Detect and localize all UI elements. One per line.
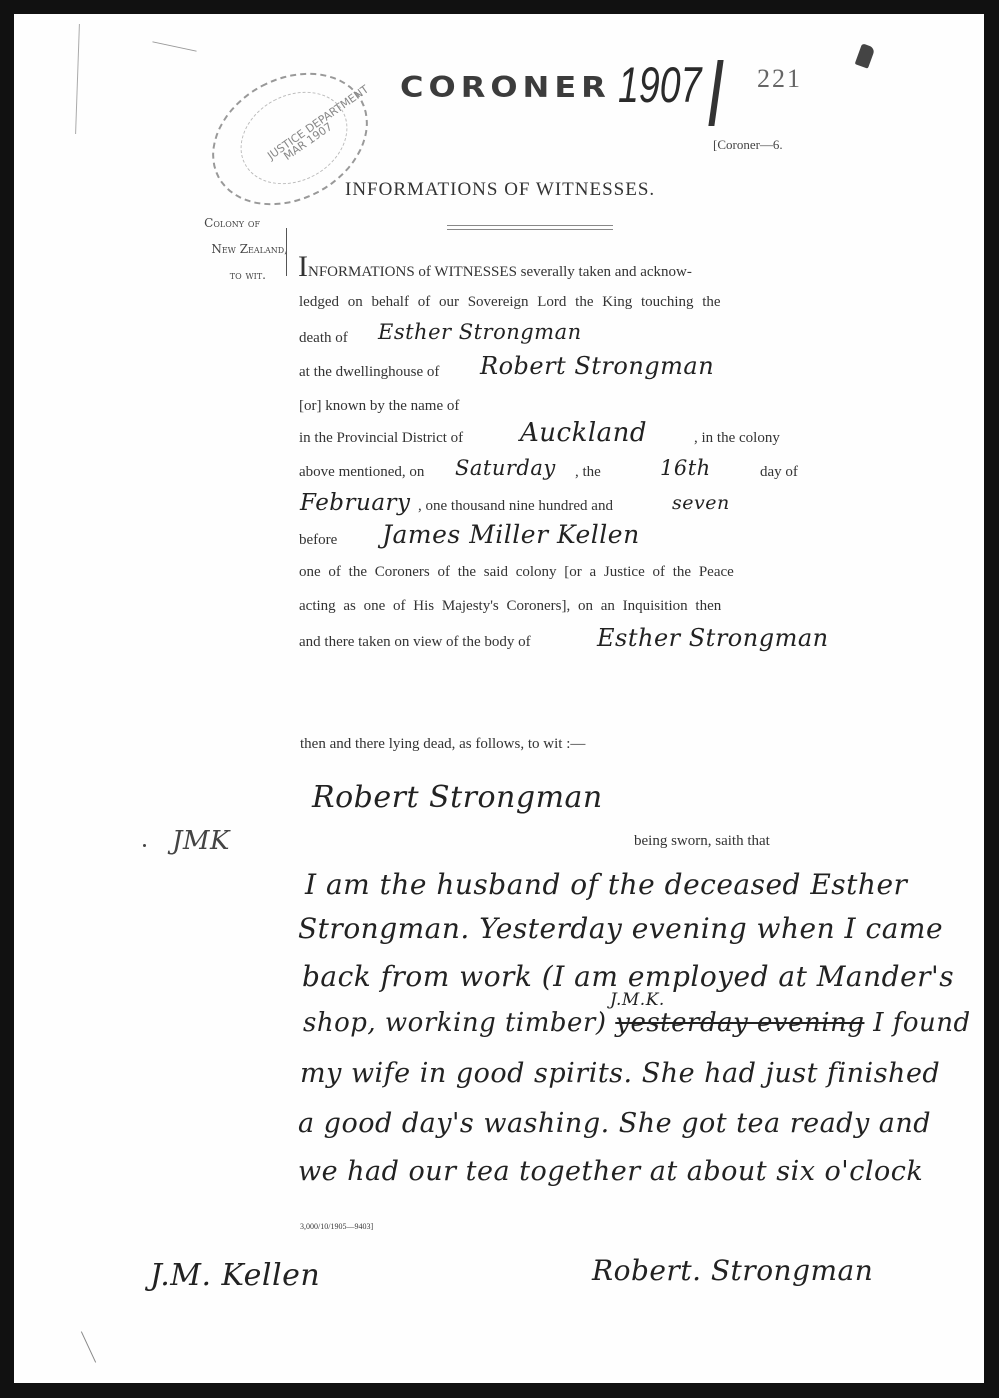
- known-by-label: [or] known by the name of: [299, 398, 459, 415]
- year-stamp: 1907: [618, 56, 701, 114]
- coroners-line: one of the Coroners of the said colony […: [299, 564, 734, 581]
- testimony-line-2: Strongman. Yesterday evening when I came: [298, 912, 943, 945]
- reference-number: 221: [757, 64, 802, 94]
- interlinear-correction: J.M.K.: [610, 990, 665, 1010]
- the-label: , the: [575, 464, 601, 481]
- jurisdiction-colony: Colony of: [196, 216, 260, 230]
- testimony-line-1: I am the husband of the deceased Esther: [305, 868, 907, 901]
- jurisdiction-brace: [278, 228, 287, 276]
- page-title: INFORMATIONS OF WITNESSES.: [345, 179, 655, 201]
- body-label: and there taken on view of the body of: [299, 634, 531, 651]
- testimony-line-4-text: shop, working timber): [303, 1008, 615, 1038]
- testimony-line-5: my wife in good spirits. She had just fi…: [300, 1058, 940, 1089]
- title-rule: [447, 225, 613, 230]
- deceased-name: Esther Strongman: [378, 320, 582, 344]
- body-name: Esther Strongman: [597, 624, 829, 652]
- mentioned-label: above mentioned, on: [299, 464, 424, 481]
- testimony-line-7: we had our tea together at about six o'c…: [298, 1156, 923, 1187]
- form-code: [Coroner—6.: [713, 137, 783, 153]
- preamble-line-1: INFORMATIONS of WITNESSES severally take…: [298, 252, 692, 282]
- jurisdiction-country: New Zealand,: [188, 242, 288, 256]
- drop-cap: I: [298, 250, 308, 283]
- jurisdiction-to-wit: to wit.: [206, 268, 266, 282]
- district-suffix: , in the colony: [694, 430, 780, 447]
- margin-initials: JMK: [172, 826, 230, 856]
- margin-dot: [143, 844, 146, 847]
- coroner-signature: J.M. Kellen: [150, 1258, 320, 1293]
- witness-name: Robert Strongman: [312, 780, 603, 815]
- day-of-label: day of: [760, 464, 798, 481]
- preamble-line-2: ledged on behalf of our Sovereign Lord t…: [299, 294, 721, 311]
- year-text-label: , one thousand nine hundred and: [418, 498, 613, 515]
- testimony-line-4-end: I found: [864, 1008, 970, 1038]
- coroner-name: James Miller Kellen: [382, 520, 640, 549]
- print-code: 3,000/10/1905—9403]: [300, 1222, 373, 1231]
- month-value: February: [300, 490, 411, 516]
- day-value: 16th: [660, 456, 711, 480]
- death-of-label: death of: [299, 330, 348, 347]
- sworn-label: being sworn, saith that: [634, 833, 770, 850]
- preamble-text-1: NFORMATIONS of WITNESSES severally taken…: [308, 264, 692, 280]
- year-text-value: seven: [672, 492, 730, 514]
- before-label: before: [299, 532, 337, 549]
- district-label: in the Provincial District of: [299, 430, 463, 447]
- majesty-line: acting as one of His Majesty's Coroners]…: [299, 598, 721, 615]
- witness-signature: Robert. Strongman: [592, 1254, 873, 1287]
- coroner-stamp: CORONER: [400, 70, 611, 104]
- dwelling-owner: Robert Strongman: [480, 352, 714, 380]
- dwelling-label: at the dwellinghouse of: [299, 364, 439, 381]
- testimony-line-6: a good day's washing. She got tea ready …: [298, 1108, 931, 1139]
- lying-dead-line: then and there lying dead, as follows, t…: [300, 736, 585, 753]
- district-name: Auckland: [520, 418, 647, 448]
- weekday: Saturday: [455, 456, 556, 480]
- testimony-line-4: shop, working timber) yesterday evening …: [303, 1008, 971, 1038]
- struck-text: yesterday evening: [615, 1008, 864, 1038]
- testimony-line-3: back from work (I am employed at Mander'…: [302, 960, 954, 993]
